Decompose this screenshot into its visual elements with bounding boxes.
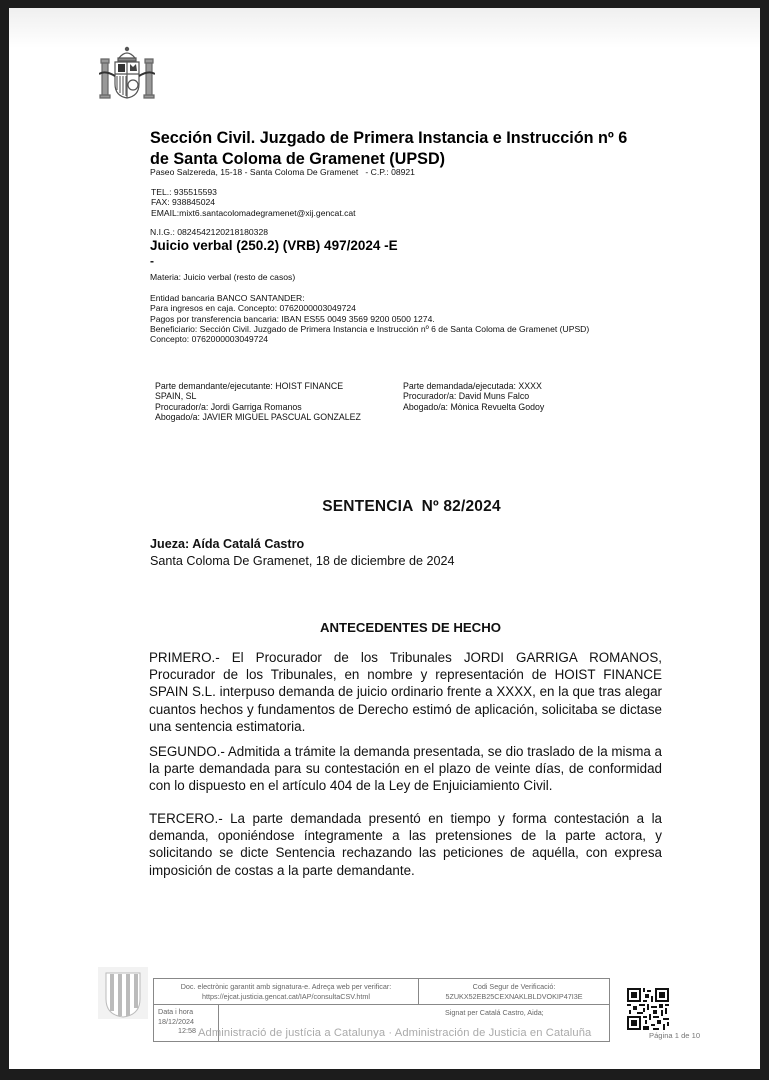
bank-transfer: Pagos por transferencia bancaria: IBAN E…: [150, 314, 589, 324]
plaintiff-abogado: Abogado/a: JAVIER MIGUEL PASCUAL GONZALE…: [155, 412, 395, 422]
place-date: Santa Coloma De Gramenet, 18 de diciembr…: [150, 554, 455, 568]
signature-table: Doc. electrònic garantit amb signatura-e…: [153, 978, 610, 1042]
paragraph-segundo: SEGUNDO.- Admitida a trámite la demanda …: [149, 743, 662, 795]
case-id: Juicio verbal (250.2) (VRB) 497/2024 -E: [150, 237, 398, 254]
plaintiff-name: Parte demandante/ejecutante: HOIST FINAN…: [155, 381, 395, 391]
bank-info: Entidad bancaria BANCO SANTANDER: Para i…: [150, 293, 589, 344]
defendant-party: Parte demandada/ejecutada: XXXX Procurad…: [403, 381, 623, 412]
defendant-name: Parte demandada/ejecutada: XXXX: [403, 381, 623, 391]
court-title: Sección Civil. Juzgado de Primera Instan…: [150, 128, 670, 170]
sign-date: 18/12/2024: [158, 1017, 218, 1027]
nig-number: N.I.G.: 0824542120218180328: [150, 227, 268, 237]
document-page: Sección Civil. Juzgado de Primera Instan…: [9, 8, 760, 1069]
section-heading: ANTECEDENTES DE HECHO: [9, 620, 760, 635]
paragraph-primero: PRIMERO.- El Procurador de los Tribunale…: [149, 649, 662, 735]
court-tel: TEL.: 935515593: [151, 187, 356, 197]
bank-cash: Para ingresos en caja. Concepto: 0762000…: [150, 303, 589, 313]
bank-beneficiary: Beneficiario: Sección Civil. Juzgado de …: [150, 324, 589, 334]
plaintiff-party: Parte demandante/ejecutante: HOIST FINAN…: [155, 381, 395, 423]
court-contact: TEL.: 935515593 FAX: 938845024 EMAIL:mix…: [151, 187, 356, 218]
plaintiff-name-cont: SPAIN, SL: [155, 391, 395, 401]
verification-url[interactable]: https://ejcat.justicia.gencat.cat/IAP/co…: [154, 992, 418, 1002]
court-address: Paseo Salzereda, 15-18 - Santa Coloma De…: [150, 167, 415, 177]
csv-label: Codi Segur de Verificació:: [419, 982, 609, 992]
court-fax: FAX: 938845024: [151, 197, 356, 207]
doc-verification-text: Doc. electrònic garantit amb signatura-e…: [154, 982, 418, 992]
case-dash: -: [150, 254, 154, 268]
csv-cell: Codi Segur de Verificació: 5ZUKX52EB25CE…: [419, 979, 609, 1005]
sentence-title: SENTENCIANº 82/2024: [9, 498, 760, 516]
bank-concept: Concepto: 0762000003049724: [150, 334, 589, 344]
court-email: EMAIL:mixt6.santacolomadegramenet@xij.ge…: [151, 208, 356, 218]
doc-verification-cell: Doc. electrònic garantit amb signatura-e…: [154, 979, 419, 1005]
signed-by: Signat per Catalá Castro, Aida;: [445, 1008, 609, 1018]
paragraph-tercero: TERCERO.- La parte demandada presentó en…: [149, 810, 662, 879]
defendant-procurador: Procurador/a: David Muns Falco: [403, 391, 623, 401]
qr-code-icon: [627, 988, 669, 1030]
catalonia-emblem-icon: [98, 967, 148, 1019]
sentence-label: SENTENCIA: [322, 498, 413, 515]
case-materia: Materia: Juicio verbal (resto de casos): [150, 272, 295, 282]
csv-code: 5ZUKX52EB25CEXNAKLBLDVOKIP47I3E: [419, 992, 609, 1002]
date-label: Data i hora: [158, 1007, 218, 1017]
admin-watermark: Administració de justícia a Catalunya · …: [198, 1029, 591, 1039]
judge-name: Jueza: Aída Catalá Castro: [150, 537, 304, 551]
defendant-abogado: Abogado/a: Mònica Revuelta Godoy: [403, 402, 623, 412]
spain-coat-of-arms-icon: [99, 44, 155, 102]
court-title-line1: Sección Civil. Juzgado de Primera Instan…: [150, 128, 670, 149]
page-number: Página 1 de 10: [649, 1031, 700, 1040]
sentence-number: Nº 82/2024: [422, 498, 501, 515]
bank-entity: Entidad bancaria BANCO SANTANDER:: [150, 293, 589, 303]
plaintiff-procurador: Procurador/a: Jordi Garriga Romanos: [155, 402, 395, 412]
